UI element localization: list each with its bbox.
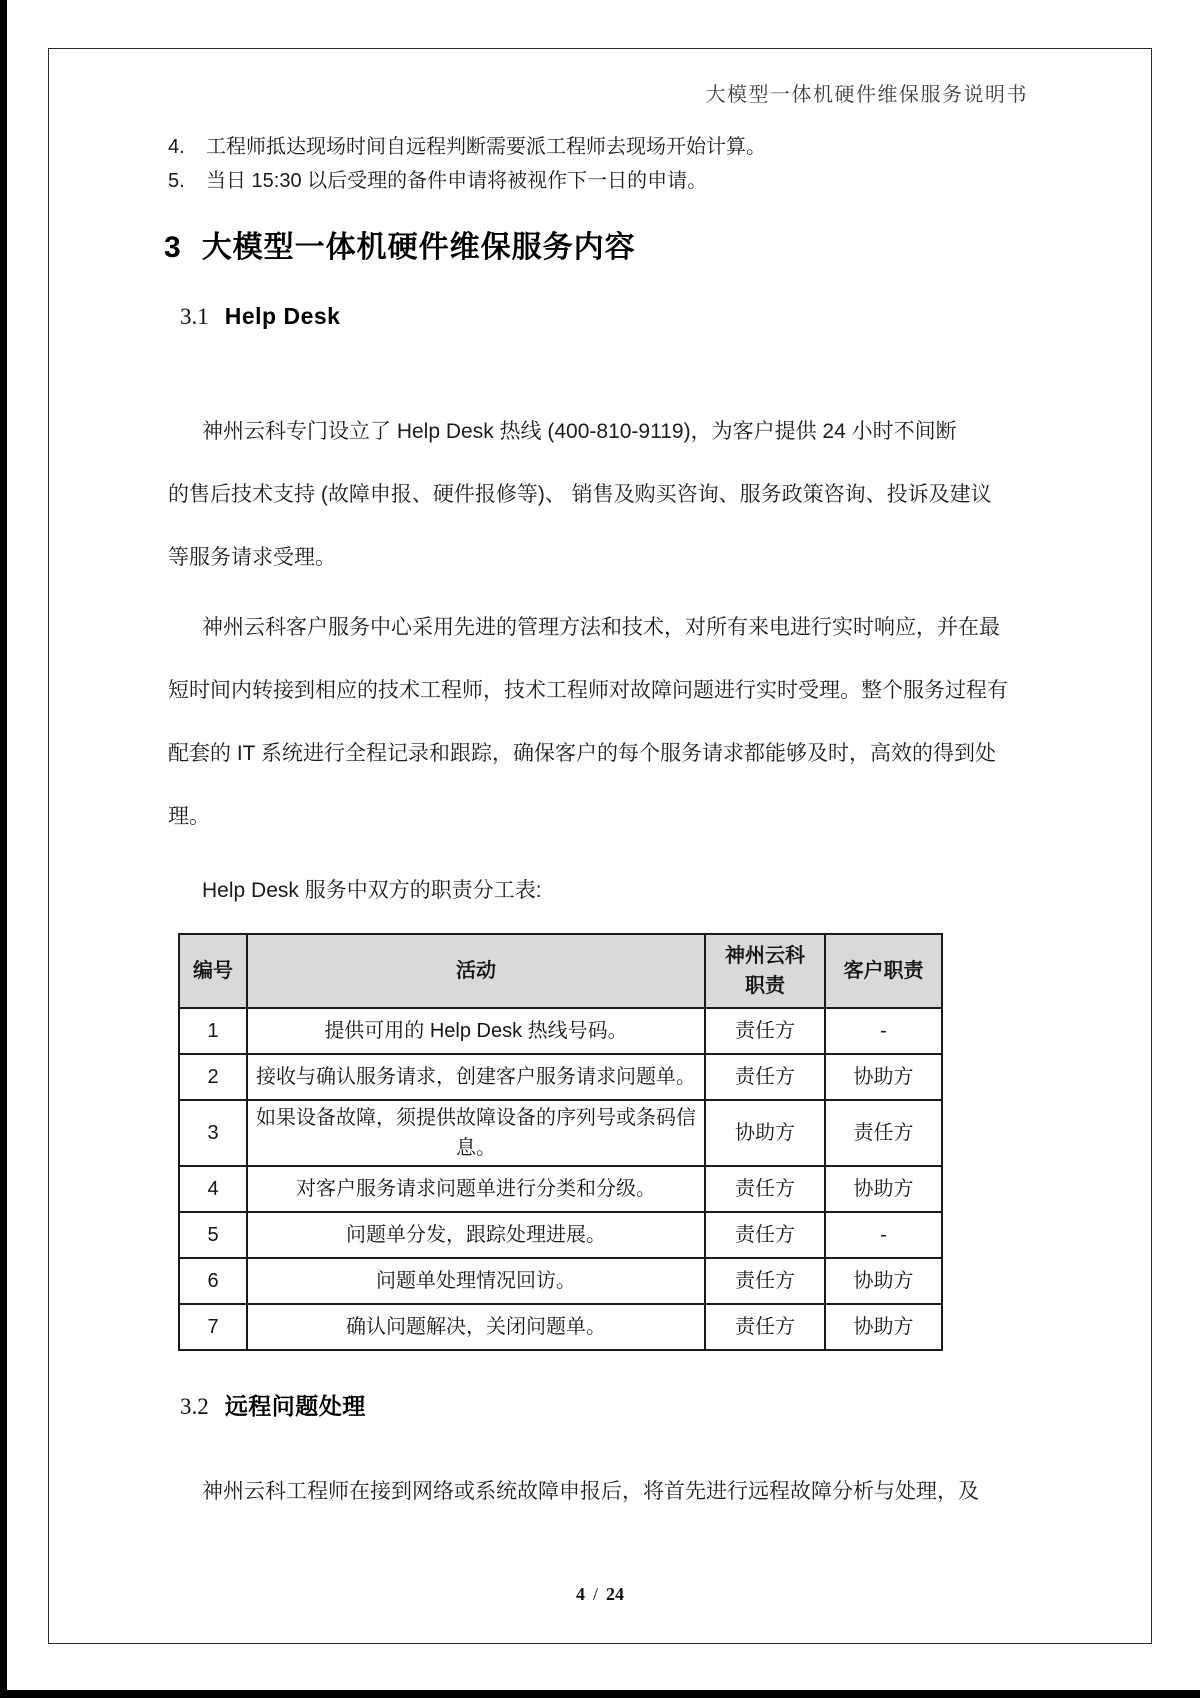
cell-customer: - <box>825 1008 942 1054</box>
cell-customer: 协助方 <box>825 1054 942 1100</box>
table-row: 6 问题单处理情况回访。 责任方 协助方 <box>179 1258 942 1304</box>
list-item: 5. 当日 15:30 以后受理的备件申请将被视作下一日的申请。 <box>168 168 766 202</box>
page-header-title: 大模型一体机硬件维保服务说明书 <box>706 78 1029 107</box>
paragraph-line: 理。 <box>168 785 1040 848</box>
cell-activity: 确认问题解决，关闭问题单。 <box>247 1304 705 1350</box>
paragraph-line: 神州云科工程师在接到网络或系统故障申报后，将首先进行远程故障分析与处理，及 <box>168 1460 1040 1523</box>
list-item-marker: 4. <box>168 134 206 168</box>
cell-vendor: 责任方 <box>705 1212 825 1258</box>
footer-current-page: 4 <box>576 1584 585 1604</box>
table-header-vendor: 神州云科 职责 <box>705 934 825 1008</box>
table-header-row: 编号 活动 神州云科 职责 客户职责 <box>179 934 942 1008</box>
scan-edge-left <box>0 0 7 1698</box>
table-header-customer: 客户职责 <box>825 934 942 1008</box>
table-row: 1 提供可用的 Help Desk 热线号码。 责任方 - <box>179 1008 942 1054</box>
section-3-title: 大模型一体机硬件维保服务内容 <box>202 222 636 266</box>
responsibility-table: 编号 活动 神州云科 职责 客户职责 1 提供可用的 Help Desk 热线号… <box>178 933 943 1351</box>
table-row: 4 对客户服务请求问题单进行分类和分级。 责任方 协助方 <box>179 1166 942 1212</box>
numbered-list: 4. 工程师抵达现场时间自远程判断需要派工程师去现场开始计算。 5. 当日 15… <box>168 134 766 202</box>
section-3-2-number: 3.2 <box>180 1394 209 1420</box>
paragraph-line: 等服务请求受理。 <box>168 526 1040 589</box>
cell-activity: 对客户服务请求问题单进行分类和分级。 <box>247 1166 705 1212</box>
paragraph-helpdesk-intro: 神州云科专门设立了 Help Desk 热线 (400-810-9119)，为客… <box>168 400 1040 589</box>
section-3-number: 3 <box>164 231 182 265</box>
scan-edge-bottom <box>0 1690 1200 1698</box>
section-3-2-title: 远程问题处理 <box>225 1388 366 1421</box>
table-header-activity: 活动 <box>247 934 705 1008</box>
paragraph-line: 神州云科专门设立了 Help Desk 热线 (400-810-9119)，为客… <box>168 400 1040 463</box>
cell-no: 6 <box>179 1258 247 1304</box>
cell-activity: 问题单分发，跟踪处理进展。 <box>247 1212 705 1258</box>
paragraph-line: 配套的 IT 系统进行全程记录和跟踪，确保客户的每个服务请求都能够及时，高效的得… <box>168 722 1040 785</box>
footer-total-pages: 24 <box>606 1584 624 1604</box>
paragraph-line: 短时间内转接到相应的技术工程师，技术工程师对故障问题进行实时受理。整个服务过程有 <box>168 659 1040 722</box>
cell-activity: 问题单处理情况回访。 <box>247 1258 705 1304</box>
list-item: 4. 工程师抵达现场时间自远程判断需要派工程师去现场开始计算。 <box>168 134 766 168</box>
cell-vendor: 协助方 <box>705 1100 825 1166</box>
table-header-no: 编号 <box>179 934 247 1008</box>
cell-vendor: 责任方 <box>705 1008 825 1054</box>
table-row: 2 接收与确认服务请求，创建客户服务请求问题单。 责任方 协助方 <box>179 1054 942 1100</box>
cell-no: 3 <box>179 1100 247 1166</box>
cell-no: 2 <box>179 1054 247 1100</box>
cell-no: 1 <box>179 1008 247 1054</box>
cell-no: 5 <box>179 1212 247 1258</box>
cell-no: 7 <box>179 1304 247 1350</box>
cell-vendor: 责任方 <box>705 1258 825 1304</box>
cell-customer: - <box>825 1212 942 1258</box>
cell-customer: 协助方 <box>825 1304 942 1350</box>
paragraph-remote-handling: 神州云科工程师在接到网络或系统故障申报后，将首先进行远程故障分析与处理，及 <box>168 1460 1040 1523</box>
footer-separator: / <box>585 1584 606 1604</box>
table-row: 7 确认问题解决，关闭问题单。 责任方 协助方 <box>179 1304 942 1350</box>
cell-vendor: 责任方 <box>705 1054 825 1100</box>
cell-activity: 提供可用的 Help Desk 热线号码。 <box>247 1008 705 1054</box>
cell-activity: 接收与确认服务请求，创建客户服务请求问题单。 <box>247 1054 705 1100</box>
list-item-text: 工程师抵达现场时间自远程判断需要派工程师去现场开始计算。 <box>206 134 766 168</box>
list-item-text: 当日 15:30 以后受理的备件申请将被视作下一日的申请。 <box>206 168 707 202</box>
page-footer: 4/24 <box>0 1584 1200 1605</box>
paragraph-line: 的售后技术支持 (故障申报、硬件报修等)、 销售及购买咨询、服务政策咨询、投诉及… <box>168 463 1040 526</box>
cell-no: 4 <box>179 1166 247 1212</box>
cell-vendor: 责任方 <box>705 1304 825 1350</box>
cell-customer: 责任方 <box>825 1100 942 1166</box>
cell-customer: 协助方 <box>825 1258 942 1304</box>
list-item-marker: 5. <box>168 168 206 202</box>
table-intro-text: Help Desk 服务中双方的职责分工表: <box>168 859 1040 922</box>
table-intro-line: Help Desk 服务中双方的职责分工表: <box>168 859 1040 922</box>
cell-customer: 协助方 <box>825 1166 942 1212</box>
table-row: 5 问题单分发，跟踪处理进展。 责任方 - <box>179 1212 942 1258</box>
cell-vendor: 责任方 <box>705 1166 825 1212</box>
section-3-1-number: 3.1 <box>180 304 209 330</box>
section-3-2-heading: 3.2 远程问题处理 <box>180 1388 366 1421</box>
cell-activity: 如果设备故障，须提供故障设备的序列号或条码信息。 <box>247 1100 705 1166</box>
paragraph-line: 神州云科客户服务中心采用先进的管理方法和技术，对所有来电进行实时响应，并在最 <box>168 596 1040 659</box>
paragraph-service-center: 神州云科客户服务中心采用先进的管理方法和技术，对所有来电进行实时响应，并在最 短… <box>168 596 1040 848</box>
section-3-1-title: Help Desk <box>225 303 341 330</box>
table-row: 3 如果设备故障，须提供故障设备的序列号或条码信息。 协助方 责任方 <box>179 1100 942 1166</box>
section-3-1-heading: 3.1 Help Desk <box>180 303 340 330</box>
section-3-heading: 3 大模型一体机硬件维保服务内容 <box>164 222 636 266</box>
